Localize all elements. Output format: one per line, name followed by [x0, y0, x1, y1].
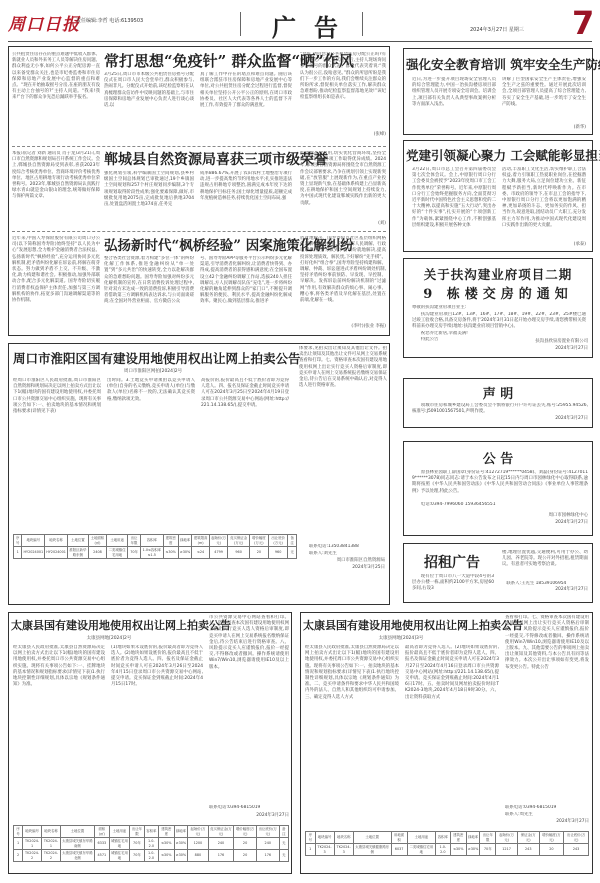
article-text: 整合各类社会资源,着力构建“多位一体”的纠纷化解工作体系,推进金融纠纷从“单一处… — [104, 256, 194, 332]
table-header-cell: 土地面积(㎡) — [88, 535, 106, 547]
table-cell: 无 — [288, 547, 297, 559]
table-cell: ≤30% — [163, 547, 178, 559]
table-cell: ≤30% — [450, 844, 466, 856]
table-cell: 70年 — [130, 838, 145, 850]
auction-text: 高报价的,报价最高且不低于底价者即为竞得人选人。四、报名及保证金截止时间竞买申请… — [201, 378, 289, 528]
notice-title: 声 明 — [404, 383, 592, 402]
table-header-cell: 建筑限高(m) — [192, 535, 210, 547]
table-row: 1HY2024001HY2024001淮阳区新华路东侧2408二类城镇住宅用地7… — [14, 547, 297, 559]
table-header-row: 序号地块编号地块名称土地位置面积(㎡)土地用途出让年限容积率建筑密度绿地率起始价… — [14, 826, 289, 838]
table-header-cell: 容积率 — [144, 826, 158, 838]
table-header-cell: 建筑密度 — [158, 826, 174, 838]
table-header-cell: 绿地率 — [178, 535, 191, 547]
notice-body: 项城市住房和城乡建设局工会委员会不慎将银行开户许可证丢失,账号:25955.94… — [412, 403, 588, 416]
notice-body: 扶沟建业府项目12#、13#、16#、17#、18#、19#、22#、23#、2… — [412, 312, 586, 331]
article-text: 公共租赁住房存在的重点难题中低收入群体、新就业人员和外来务工人员等解决住房问题、… — [12, 52, 100, 140]
table-header-cell: 地块名称 — [334, 832, 353, 844]
article-fengqiao: 近年来,中国人寿保险股份有限公司周口分公司(以下简称国寿寿险)始终坚持“以人民为… — [12, 234, 386, 334]
contact-phone: 联系电话:13503841388 — [309, 544, 387, 551]
notice-body: 楼,地理位置优越,交通便利,可用于办公、幼儿园、养老院等。现公开对外招租,租赁期… — [502, 550, 588, 576]
auction-table: 序号地块编号地块名称土地位置土地面积(㎡)土地用途出让年限容积率建筑密度绿地率建… — [13, 534, 297, 559]
article-title: 弘扬新时代“枫桥经验” 因案施策化解纠纷 — [104, 234, 296, 254]
auction-signer: 周口市淮阳区自然资源局 — [299, 558, 385, 564]
notice-title: 9 栋楼交房的通知 — [404, 283, 592, 302]
article-text: 讲解了巨型国家安全生产主体责任,增强安全生产之弦的重要性。通过开展此次培训会,全… — [502, 77, 586, 125]
table-cell: 4571 — [94, 850, 109, 862]
article-text: 本报讯(记者 刘新 通讯员 肖子龙)3月21日,周口市自然资源和规划局召开系统工… — [12, 151, 100, 227]
table-cell: 二类城镇住宅用地 — [407, 844, 435, 856]
article-text: “您好,请问您对公共租赁住房分配公正吗?有什么意见?”分配仪式结束后,主持人现场… — [300, 52, 386, 132]
table-cell: 1.0≤容积率≤1.5 — [141, 547, 163, 559]
article-text: 强化规划引领,科学编制国土空间规划,县乡村级国土空间总体规划已审批通过,19个乡… — [104, 171, 194, 227]
notice-signer: 扶沟县欣泉房置业有限公司 — [412, 339, 588, 345]
article-byline: (李叶)(张业 李振) — [300, 324, 386, 330]
article-byline: (张峰) — [300, 132, 386, 138]
table-cell: 20 — [249, 547, 268, 559]
table-cell: TK2024-3 — [315, 844, 334, 856]
table-cell: 太康县城关镇健康路东侧 — [353, 844, 391, 856]
table-cell: 20 — [539, 844, 564, 856]
table-header-cell: 地块名称 — [42, 826, 61, 838]
divider — [362, 12, 363, 36]
contact-person: 联系人:刘先生 — [309, 551, 387, 558]
table-cell: TK2024-1 — [42, 838, 61, 850]
auction-doc-number: 太康县网地[2024]2号 — [11, 635, 207, 641]
article-party: 党建引领凝心聚力 工会赋能彰显担当 3月22日,周口市总工会召开第四届委员会第七… — [403, 140, 593, 252]
table-cell: TK2024-2 — [23, 850, 42, 862]
auction-text: 经太康县人民政府批准,太康县自然资源局决定以网上拍卖方式出让以下1(幅)地块的国… — [13, 645, 105, 815]
table-cell: 70年 — [480, 844, 496, 856]
table-cell: 无 — [279, 838, 288, 850]
table-cell: 240 — [208, 838, 234, 850]
notice-title: 招租广告 — [410, 552, 494, 572]
table-cell: ≥30% — [174, 838, 187, 850]
table-cell: 太康县城关镇东华路北侧 — [60, 850, 94, 862]
table-cell: 1.0-2.0 — [436, 844, 451, 856]
table-cell: 1 — [14, 838, 23, 850]
table-cell: 6333 — [94, 838, 109, 850]
table-row: 1TK2024-1TK2024-1太康县城关镇东华路南侧6333城镇住宅用地70… — [14, 838, 289, 850]
auction-title: 太康县国有建设用地使用权出让网上拍卖公告 — [303, 617, 499, 633]
table-header-cell: 竞买保证金(万元) — [228, 535, 250, 547]
table-cell: 1.0-2.0 — [144, 850, 158, 862]
article-text: 3月22日,周口市总工会召开第四届委员会第七次全体会议。会上,中原银行周口分行工… — [412, 167, 496, 249]
notice-statement: 声 明 项城市住房和城乡建设局工会委员会不慎将银行开户许可证丢失,账号:2595… — [403, 378, 593, 428]
separator — [12, 146, 386, 147]
table-cell: 880 — [188, 850, 209, 862]
table-header-cell: 地块名称 — [45, 535, 68, 547]
article-text: 成率886.67%,开展了农田农村土地整治专项行动,进一步提高集约节约用地水平;… — [200, 171, 292, 227]
article-byline: (承泰) — [502, 242, 586, 248]
table-cell: 1217 — [496, 844, 518, 856]
table-header-cell: 土地位置 — [67, 535, 88, 547]
table-cell: 960 — [228, 547, 250, 559]
auction-text: 查看和打印。七、资格审查本次国有建设用地使用权网上出让实行竞买人资格后审制度。八… — [505, 615, 589, 805]
auction-text: 体要求,见拍卖出让须知及其他出让文件。拍卖出让须知及其他出让文件可从网上交易系统… — [299, 346, 387, 532]
table-cell: 太康县城关镇东华路南侧 — [60, 838, 94, 850]
article-text: 抓资源高效利用,切实优化营商环境,坚持全面从严治党,各项工作取得优异成绩。202… — [300, 151, 386, 221]
table-header-cell: 土地用途 — [109, 826, 129, 838]
auction-doc-number: 周口市淮阳区网拍[2024]2号 — [13, 368, 293, 374]
table-cell: ≤24 — [192, 547, 210, 559]
table-cell: 1 — [14, 547, 22, 559]
table-row: 2TK2024-2TK2024-2太康县城关镇东华路北侧4571城镇住宅用地70… — [14, 850, 289, 862]
table-header-row: 序号地块编号地块名称土地位置用地面积土地用途容积率建筑密度绿地率出让年限起始价(… — [306, 832, 589, 844]
table-header-cell: 土地用途 — [407, 832, 435, 844]
newspaper-logo: 周口日报 — [8, 10, 80, 35]
table-cell: 70年 — [128, 547, 141, 559]
table-cell: ≤30% — [158, 838, 174, 850]
notice-title: 关于扶沟建业府项目二期 — [404, 265, 592, 283]
article-title: 常打思想“免疫针” 群众监督“晒”作风 — [104, 50, 296, 71]
table-cell: 无 — [279, 850, 288, 862]
table-header-cell: 用地面积 — [391, 832, 407, 844]
article-text: 盾就地解决。国寿寿险以社区基层组织网格化调解机制为依托,充分发挥人民调解、行政调… — [300, 236, 386, 324]
notice-phone: 电话:0394-7996060 15936456551 — [412, 502, 588, 509]
table-header-cell: 土地用途 — [107, 535, 128, 547]
table-cell: 20 — [234, 850, 257, 862]
notice-body: 原县林业园职工薛国章(身份证号:41272719******0458)、刘磊(身… — [412, 470, 588, 502]
article-text: 3月25日,周口市市本级公共租赁住房摇号分配仪式在周口市人民大会堂举行,群众积极… — [104, 72, 194, 138]
table-cell: 2408 — [88, 547, 106, 559]
auction-huaiyang: 周口市淮阳区国有建设用地使用权出让网上拍卖公告 周口市淮阳区网拍[2024]2号… — [8, 343, 390, 605]
table-header-cell: 绿地率 — [174, 826, 187, 838]
table-cell: 176 — [208, 850, 234, 862]
table-header-cell: 保证金(万元) — [517, 832, 539, 844]
auction-doc-number: 太康县网地[2024]3号 — [303, 635, 499, 641]
table-header-cell: 序号 — [306, 832, 316, 844]
notice-handover: 关于扶沟建业府项目二期 9 栋楼交房的通知 尊敬的扶沟建业府项目业主: 扶沟建业… — [403, 258, 593, 358]
table-header-cell: 竞买保证金(万元) — [208, 826, 234, 838]
table-cell: HY2024001 — [22, 547, 45, 559]
article-title: 党建引领凝心聚力 工会赋能彰显担当 — [406, 146, 590, 164]
table-row: 1TK2024-3TK2024-3太康县城关镇健康路东侧6037二类城镇住宅用地… — [306, 844, 589, 856]
auction-text: 经太康县人民政府批准,太康县自然资源局决定以网上拍卖方式出让以下1(幅)地块的国… — [305, 645, 399, 823]
table-cell: TK2024-2 — [42, 850, 61, 862]
table-header-cell: 增价幅度(万元) — [249, 535, 268, 547]
article-text: 近年来,中国人寿保险股份有限公司周口分公司(以下简称国寿寿险)始终坚持“以人民为… — [12, 236, 100, 332]
table-header-cell: 起始价(万元) — [209, 535, 227, 547]
page-number: 7 — [572, 4, 594, 42]
table-header-cell: 备注 — [279, 826, 288, 838]
notice-date: 2024年3月27日 — [502, 587, 588, 593]
divider — [240, 12, 241, 36]
auction-text: 最高者即为竞得人选人。(2)地块如果设底价的,报价最高且不低于底价者即为竞得人选… — [405, 645, 499, 823]
table-header-row: 序号地块编号地块名称土地位置土地面积(㎡)土地用途出让年限容积率建筑密度绿地率建… — [14, 535, 297, 547]
table-header-cell: 出让年限 — [130, 826, 145, 838]
masthead-rule — [8, 41, 592, 42]
editor-info: 责任编辑:李哲 电话:6139503 — [76, 17, 143, 24]
auction-text: 经周口市淮阳区人民政府批准,周口市淮阳区自然资源和规划局决定以网上拍卖方式出让以… — [13, 378, 101, 528]
table-header-cell: 土地位置 — [60, 826, 94, 838]
notice-date: 2024年3月27日 — [412, 416, 588, 422]
article-byline: (刘) — [300, 221, 386, 227]
table-header-cell: 建筑密度 — [450, 832, 466, 844]
table-cell: 淮阳区新华路东侧 — [67, 547, 88, 559]
table-cell: ≥30% — [178, 547, 191, 559]
table-header-cell: 容积率 — [436, 832, 451, 844]
table-cell: 240 — [256, 838, 279, 850]
table-header-cell: 起始价(万元) — [496, 832, 518, 844]
table-cell: 二类城镇住宅用地 — [107, 547, 128, 559]
table-cell: 1 — [306, 844, 316, 856]
auction-date: 2024年3月27日 — [505, 819, 589, 825]
table-header-cell: 绿地率 — [466, 832, 479, 844]
notice-date: 2024年3月27日 — [412, 346, 588, 352]
notice-rental: 招租广告 现有位于周口市八一大道中段4号的3层办公楼一栋,面积约2100平方米,… — [403, 543, 593, 603]
table-header-cell: 起始价(万元) — [188, 826, 209, 838]
auction-table: 序号地块编号地块名称土地位置用地面积土地用途容积率建筑密度绿地率出让年限起始价(… — [305, 831, 589, 856]
auction-taikang-left: 太康县国有建设用地使用权出让网上拍卖公告 太康县网地[2024]2号 经太康县人… — [8, 612, 292, 874]
table-cell: 243 — [517, 844, 539, 856]
table-header-cell: 序号 — [14, 535, 22, 547]
table-cell: 城镇住宅用地 — [109, 850, 129, 862]
section-title: 广告 — [272, 8, 356, 43]
auction-text: 出时间。3.土地竞买申请须由以竞买申请人(单位)自身的名义缴纳,竞买申请人(单位… — [107, 378, 195, 528]
table-cell: ≥30% — [174, 850, 187, 862]
separator — [12, 231, 386, 232]
table-header-cell: 容积率 — [141, 535, 163, 547]
table-cell: 1200 — [188, 838, 209, 850]
notice-salutation: 尊敬的扶沟建业府项目业主: — [412, 305, 586, 312]
article-title: 郸城县自然资源局喜获三项市级荣誉 — [104, 149, 296, 169]
table-cell: TK2024-1 — [23, 838, 42, 850]
article-resource: 本报讯(记者 刘新 通讯员 肖子龙)3月21日,周口市自然资源和规划局召开系统工… — [12, 149, 386, 229]
auction-text: (1)地块如果未设底价的,报价最高者即为竞得人选人。(2)地块如果设底价的,报价… — [111, 645, 203, 815]
notice-title: 公 告 — [404, 448, 592, 467]
contact-phone: 联系电话:0394-6815019 — [505, 805, 589, 812]
auction-date: 2024年3月27日 — [209, 813, 289, 819]
table-cell: TK2024-3 — [334, 844, 353, 856]
table-header-cell: 增价幅度(万元) — [539, 832, 564, 844]
table-header-cell: 地块编号 — [23, 826, 42, 838]
table-header-cell: 增价幅度(万元) — [234, 826, 257, 838]
table-cell: ≤30% — [158, 850, 174, 862]
article-safety: 强化安全教育培训 筑牢安全生产防线 近日,为进一步提升项目现场安全管理人员的综合… — [403, 48, 593, 135]
auction-taikang-right: 太康县国有建设用地使用权出让网上拍卖公告 太康县网地[2024]3号 经太康县人… — [300, 612, 593, 874]
article-byline: (新华) — [502, 125, 586, 131]
auction-table: 序号地块编号地块名称土地位置面积(㎡)土地用途出让年限容积率建筑密度绿地率起始价… — [13, 825, 289, 862]
table-header-cell: 备注 — [288, 535, 297, 547]
table-header-cell: 出让底价(万元) — [256, 826, 279, 838]
auction-text: 市公共资源交易中心网站查看和打印。七、资格审查本次国有建设用地使用权网上出让实行… — [209, 615, 289, 805]
table-header-cell: 土地位置 — [353, 832, 391, 844]
table-cell: 176 — [256, 850, 279, 862]
article-text: 真了解工作中存在的堵点和难点问题。随后该组联合派驻市住房保障和房地产业发展中心等… — [200, 72, 292, 138]
table-cell: 城镇住宅用地 — [109, 838, 129, 850]
notice-body: 现有位于周口市八一大道中段4号的3层办公楼一栋,面积约2100平方米,房屋60多… — [412, 574, 494, 598]
table-header-cell: 地块编号 — [22, 535, 45, 547]
table-cell: 243 — [564, 844, 589, 856]
contact-person: 联系人:周先生 — [505, 812, 589, 819]
table-header-cell: 序号 — [14, 826, 23, 838]
table-header-cell: 出让底价(万元) — [564, 832, 589, 844]
article-title: 强化安全教育培训 筑牢安全生产防线 — [406, 55, 590, 73]
article-text: 活动,丰富职工文化生活,切实维护职工合法权益,着力引领职工热爱职业岗位,在挖掘潜… — [502, 167, 586, 243]
table-cell: 6037 — [391, 844, 407, 856]
table-cell: 70年 — [130, 850, 145, 862]
table-cell: 2 — [14, 850, 23, 862]
contact-phone: 联系电话:0394-6815019 — [209, 805, 289, 812]
table-cell: HY2024001 — [45, 547, 68, 559]
article-text: 近日,为进一步提升项目现场安全管理人员的综合管理能力,中国一冶扶沟楼房项目部组织… — [412, 77, 496, 131]
auction-title: 周口市淮阳区国有建设用地使用权出让网上拍卖公告 — [13, 349, 293, 367]
table-header-cell: 出让年限 — [128, 535, 141, 547]
table-header-cell: 面积(㎡) — [94, 826, 109, 838]
table-cell: 20 — [234, 838, 257, 850]
masthead: 周口日报 责任编辑:李哲 电话:6139503 广告 2024年3月27日 星期… — [0, 0, 600, 42]
article-text: 号、国寿寿险APP等服务平台公示纠纷多元化解渠道,引导消费者化解纠纷,让消费者快… — [200, 256, 292, 332]
table-cell: 960 — [268, 547, 288, 559]
table-header-cell: 出让底价(万元) — [268, 535, 288, 547]
table-cell: 4799 — [209, 547, 227, 559]
notice-date: 2024年3月27日 — [412, 520, 588, 526]
table-header-cell: 出让年限 — [480, 832, 496, 844]
auction-date: 2024年3月25日 — [299, 565, 385, 571]
notice-signer: 周口市园林绿化中心 — [412, 513, 588, 519]
article-vaccine: 公共租赁住房存在的重点难题中低收入群体、新就业人员和外来务工人员等解决住房问题、… — [12, 48, 386, 144]
table-header-cell: 地块编号 — [315, 832, 334, 844]
auction-title: 太康县国有建设用地使用权出让网上拍卖公告 — [11, 617, 207, 633]
issue-date: 2024年3月27日 星期三 — [470, 26, 524, 33]
table-cell: 1.0-2.0 — [144, 838, 158, 850]
notice-announcement: 公 告 原县林业园职工薛国章(身份证号:41272719******0458)、… — [403, 441, 593, 536]
table-header-cell: 建筑密度 — [163, 535, 178, 547]
table-cell: ≥30% — [466, 844, 479, 856]
